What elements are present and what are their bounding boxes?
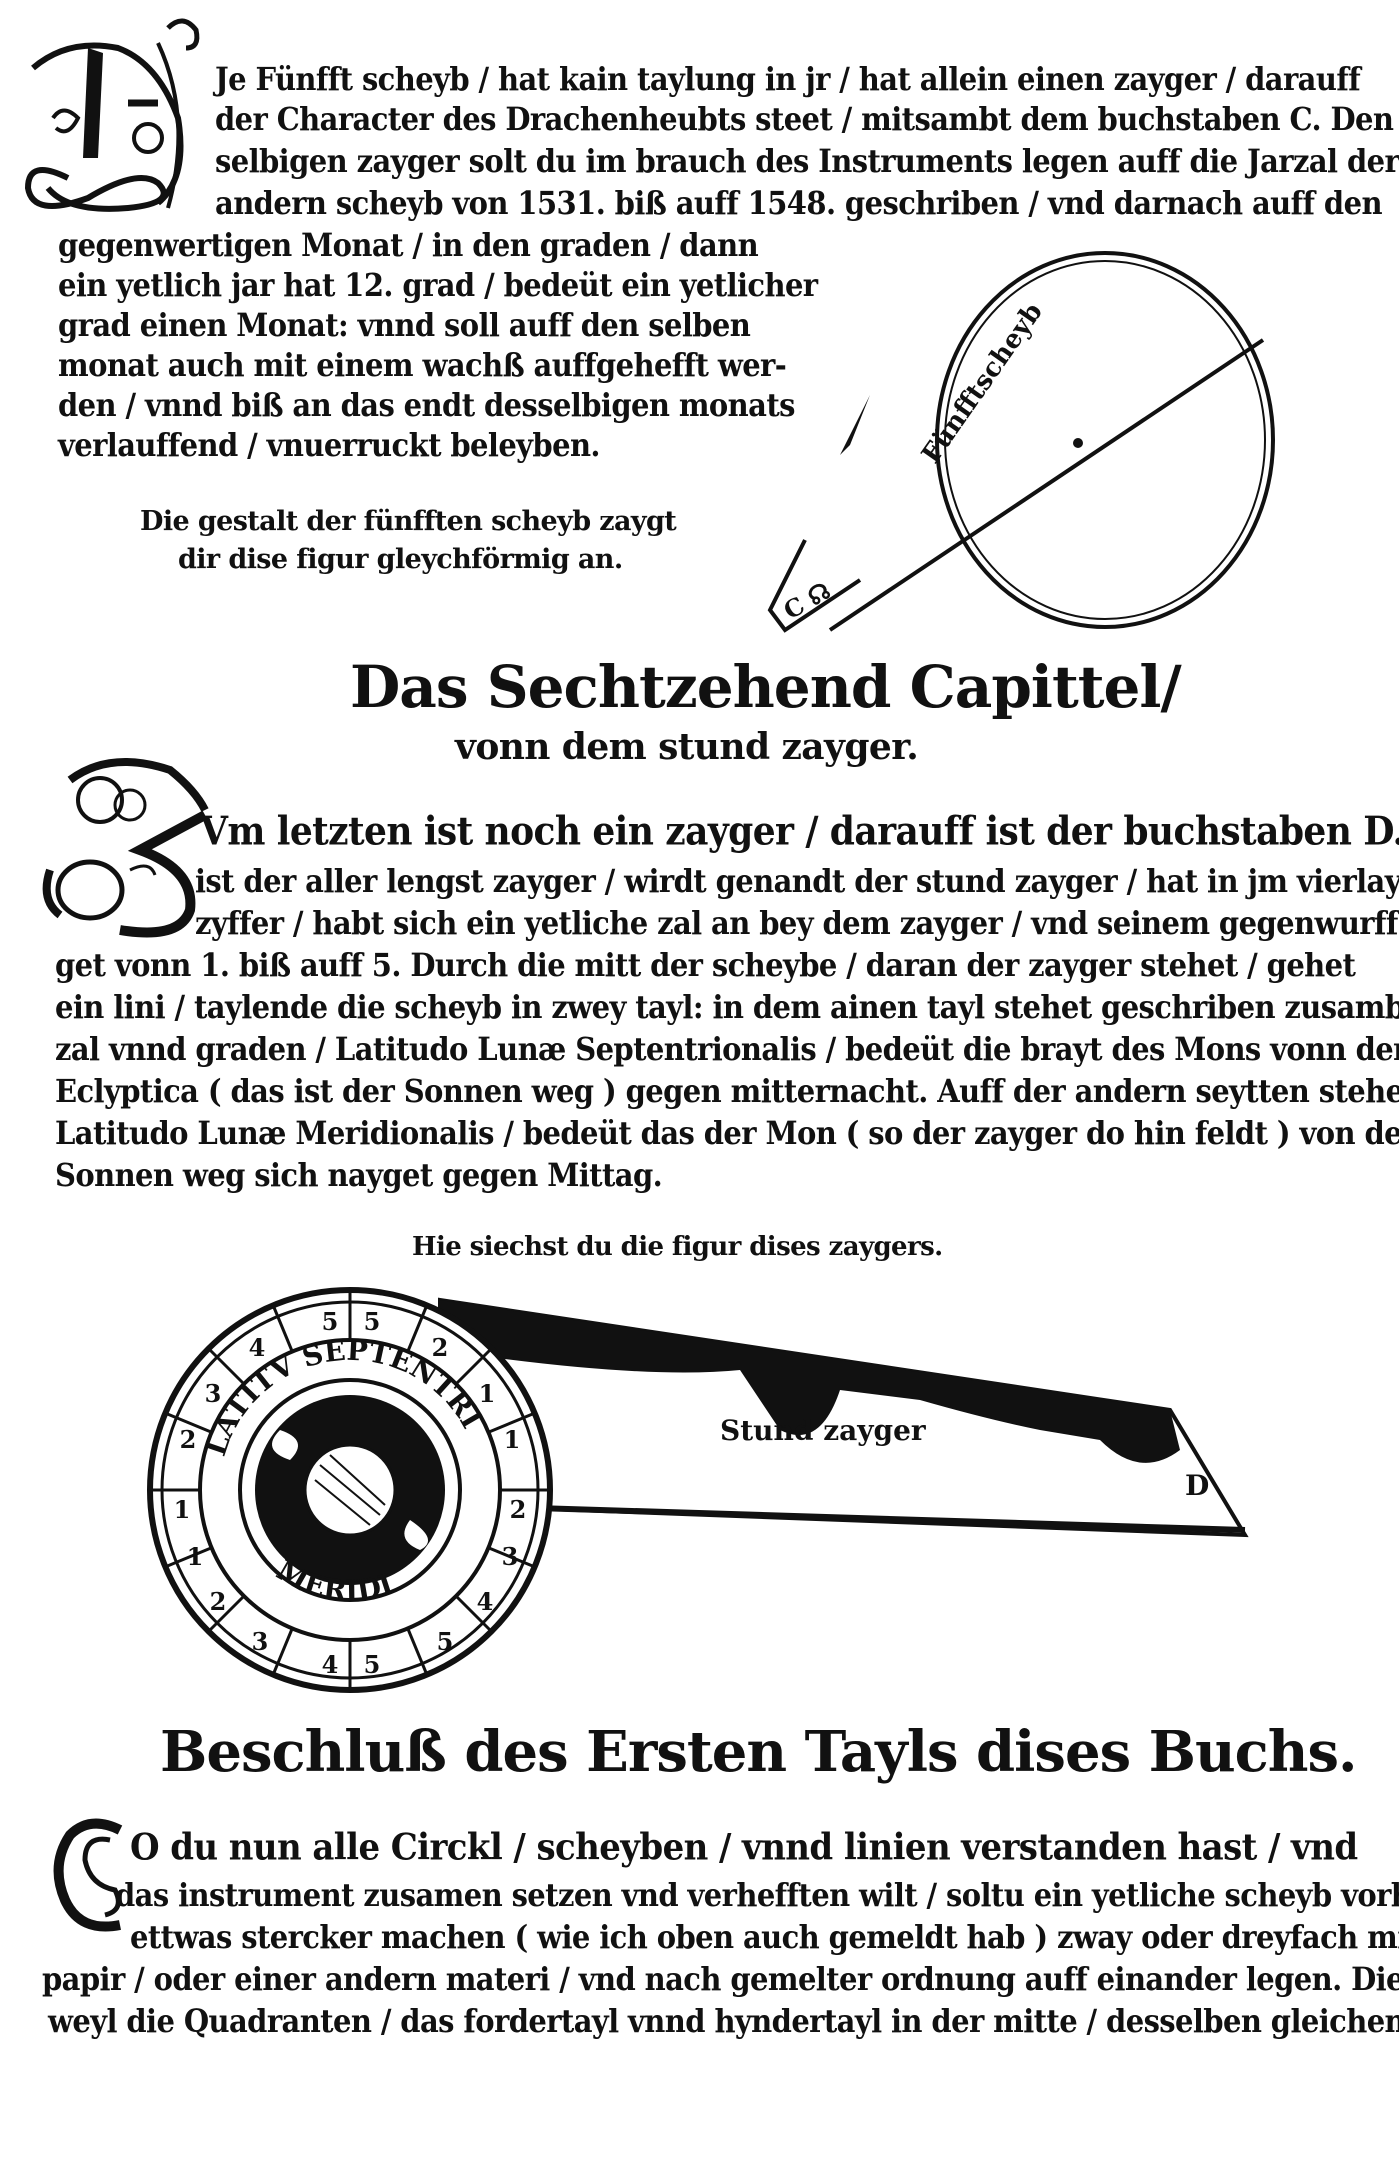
text-line: ein yetlich jar hat 12. grad / bedeüt ei… <box>58 266 817 305</box>
text-line: selbigen zayger solt du im brauch des In… <box>215 142 1399 181</box>
text-line: papir / oder einer andern materi / vnd n… <box>42 1960 1399 1999</box>
ring-number: 5 <box>364 1307 381 1336</box>
hour-pointer-figure: Stund zayger D <box>140 1280 1240 1700</box>
text-line: andern scheyb von 1531. biß auff 1548. g… <box>215 184 1382 223</box>
text-line: ist der aller lengst zayger / wirdt gena… <box>195 862 1399 901</box>
ring-number: 1 <box>174 1495 191 1524</box>
ornamental-dropcap-s <box>50 1815 135 1935</box>
ring-number: 1 <box>187 1542 204 1571</box>
ring-number: 1 <box>504 1425 521 1454</box>
book-page: D Je Fünfft scheyb / hat kain taylung in… <box>0 0 1399 2160</box>
ring-number: 1 <box>479 1379 496 1408</box>
text-line: den / vnnd biß an das endt desselbigen m… <box>58 386 795 425</box>
text-line: das instrument zusamen setzen vnd verhef… <box>115 1876 1399 1915</box>
text-line: grad einen Monat: vnnd soll auff den sel… <box>58 306 750 345</box>
text-line: Sonnen weg sich nayget gegen Mittag. <box>55 1156 662 1195</box>
ornamental-dropcap-d <box>8 8 208 218</box>
ring-number: 5 <box>437 1627 454 1656</box>
chapter-heading: Das Sechtzehend Capittel/ <box>350 655 1181 719</box>
figure-caption: Die gestalt der fünfften scheyb zaygt <box>140 505 676 539</box>
ring-number: 3 <box>205 1379 222 1408</box>
figure-caption: Hie siechst du die figur dises zaygers. <box>412 1230 943 1264</box>
ring-number: 2 <box>510 1495 527 1524</box>
text-line: get vonn 1. biß auff 5. Durch die mitt d… <box>55 946 1355 985</box>
conclusion-heading: Beschluß des Ersten Tayls dises Buchs. <box>160 1720 1357 1784</box>
text-line: O du nun alle Circkl / scheyben / vnnd l… <box>130 1828 1358 1867</box>
text-line: Eclyptica ( das ist der Sonnen weg ) geg… <box>55 1072 1399 1111</box>
text-line: ettwas stercker machen ( wie ich oben au… <box>130 1918 1399 1957</box>
fifth-disc-figure: Fünfftscheyb C ☊ <box>730 235 1330 655</box>
text-line: zal vnnd graden / Latitudo Lunæ Septentr… <box>55 1030 1399 1069</box>
text-line: verlauffend / vnuerruckt beleyben. <box>58 426 600 465</box>
ring-number: 5 <box>322 1307 339 1336</box>
chapter-subheading: vonn dem stund zayger. <box>455 725 918 769</box>
ring-number: 4 <box>249 1333 266 1362</box>
text-line: Je Fünfft scheyb / hat kain taylung in j… <box>215 60 1325 99</box>
text-line: ein lini / taylende die scheyb in zwey t… <box>55 988 1399 1027</box>
pointer-label: Stund zayger <box>720 1414 927 1447</box>
text-line: Vm letzten ist noch ein zayger / darauff… <box>200 812 1399 851</box>
ornamental-dropcap-z <box>30 750 205 940</box>
ring-number: 4 <box>477 1587 494 1616</box>
ring-number: 2 <box>432 1333 449 1362</box>
ring-number: 3 <box>252 1627 269 1656</box>
ring-number: 2 <box>210 1587 227 1616</box>
text-line: monat auch mit einem wachß auffgehefft w… <box>58 346 786 385</box>
ring-number: 3 <box>502 1542 519 1571</box>
ring-number: 5 <box>364 1650 381 1679</box>
text-line: zyffer / habt sich ein yetliche zal an b… <box>195 904 1399 943</box>
text-line: Latitudo Lunæ Meridionalis / bedeüt das … <box>55 1114 1399 1153</box>
pointer-letter: D <box>1185 1469 1209 1502</box>
text-line: der Character des Drachenheubts steet / … <box>215 100 1393 139</box>
text-line: weyl die Quadranten / das fordertayl vnn… <box>48 2002 1399 2041</box>
ring-number: 2 <box>180 1425 197 1454</box>
ring-number: 4 <box>322 1650 339 1679</box>
text-line: gegenwertigen Monat / in den graden / da… <box>58 226 758 265</box>
figure-caption: dir dise figur gleychförmig an. <box>178 543 623 577</box>
